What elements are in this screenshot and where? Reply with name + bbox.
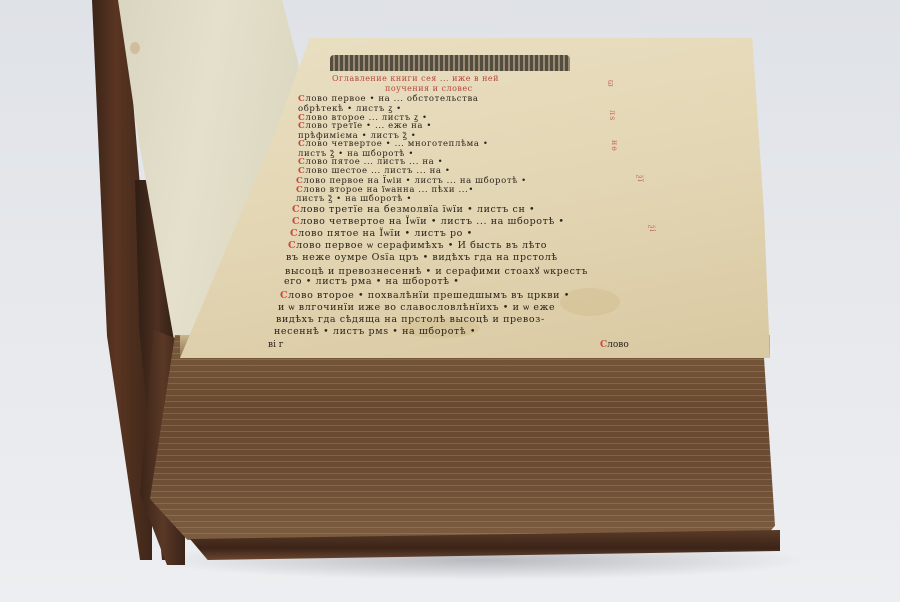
text-line: въ неже оумре Оѕїа цръ • видѣхъ гда на п…	[286, 252, 558, 263]
text-line: листъ ꙁ̃ • на шборотѣ •	[296, 193, 412, 204]
photo-scene: Оглавление книги сея ... иже в ней поуче…	[0, 0, 900, 602]
page-edges-block	[150, 335, 775, 540]
title-line: поучения и словес	[385, 84, 473, 93]
signature-mark: ві г	[268, 340, 284, 350]
text-line: его • листъ рма • на шборотѣ •	[284, 276, 459, 287]
foxing-stain	[130, 42, 140, 54]
text-line: видѣхъ гда сѣдяща на прстолѣ высоцѣ и пр…	[276, 314, 545, 325]
margin-note: ѯі	[648, 225, 657, 233]
margin-note: нѳ	[610, 140, 619, 152]
text-line: Слово третїе на безмолвїа їѡїи • листъ с…	[292, 204, 535, 215]
title-line: Оглавление книги сея ... иже в ней	[332, 74, 499, 83]
text-line: Слово пятое на Їѡїи • листъ ро •	[290, 228, 473, 239]
text-line: Слово первое ѡ серафимѣхъ • И бысть въ л…	[288, 240, 547, 251]
text-line: Слово четвертое на Їѡїи • листъ ... на ш…	[292, 216, 565, 227]
text-line: и ѡ влгочинїи иже во славословлѣнїихъ • …	[278, 302, 555, 313]
text-line: несеннѣ • листъ рмѕ • на шборотѣ •	[274, 326, 476, 337]
text-line: Слово второе • похвалѣнїи прешедшымъ въ …	[280, 290, 570, 301]
margin-note: ϖ	[606, 80, 615, 88]
margin-note: ѯї	[636, 175, 645, 183]
ornamental-headpiece	[330, 55, 570, 71]
margin-note: лѕ	[608, 110, 617, 121]
catchword: Слово	[600, 340, 629, 350]
